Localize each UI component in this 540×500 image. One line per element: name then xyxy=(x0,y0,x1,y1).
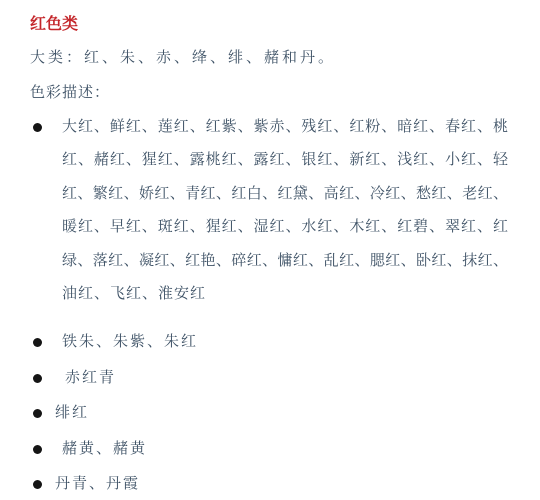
list-line: 铁朱、朱紫、朱红 xyxy=(62,333,508,352)
list-item: 赭黄、赭黄 xyxy=(33,440,508,459)
list-line: 红、赭红、猩红、露桃红、露红、银红、新红、浅红、小红、轻 xyxy=(62,144,508,177)
bullet-icon xyxy=(33,480,42,489)
page-title: 红色类 xyxy=(30,14,508,36)
list-line: 大红、鲜红、莲红、红紫、紫赤、残红、红粉、暗红、春红、桃 xyxy=(62,111,508,144)
list-item-text: 大红、鲜红、莲红、红紫、紫赤、残红、红粉、暗红、春红、桃红、赭红、猩红、露桃红、… xyxy=(62,111,508,311)
list-line: 红、繁红、娇红、青红、红白、红黛、高红、冷红、愁红、老红、 xyxy=(62,178,508,211)
list-line: 绯红 xyxy=(55,404,508,423)
list-item: 丹青、丹霞 xyxy=(33,475,508,494)
list-line: 赭黄、赭黄 xyxy=(62,440,508,459)
list-item-text: 丹青、丹霞 xyxy=(55,475,508,494)
bullet-icon xyxy=(33,123,42,132)
bullet-icon xyxy=(33,409,42,418)
list-item-text: 绯红 xyxy=(55,404,508,423)
bullet-icon xyxy=(33,338,42,347)
list-item-text: 赤红青 xyxy=(65,369,508,388)
description-label: 色彩描述： xyxy=(30,83,508,103)
list-item-text: 铁朱、朱紫、朱红 xyxy=(62,333,508,352)
color-name-list: 大红、鲜红、莲红、红紫、紫赤、残红、红粉、暗红、春红、桃红、赭红、猩红、露桃红、… xyxy=(30,111,508,494)
list-item: 大红、鲜红、莲红、红紫、紫赤、残红、红粉、暗红、春红、桃红、赭红、猩红、露桃红、… xyxy=(33,111,508,311)
bullet-icon xyxy=(33,445,42,454)
list-item: 铁朱、朱紫、朱红 xyxy=(33,333,508,352)
list-item: 绯红 xyxy=(33,404,508,423)
list-item-text: 赭黄、赭黄 xyxy=(62,440,508,459)
list-item: 赤红青 xyxy=(33,369,508,388)
list-line: 油红、飞红、淮安红 xyxy=(62,278,508,311)
list-line: 暖红、早红、斑红、猩红、湿红、水红、木红、红碧、翠红、红 xyxy=(62,211,508,244)
category-line: 大类：红、朱、赤、绛、绯、赭和丹。 xyxy=(30,48,508,68)
list-line: 赤红青 xyxy=(65,369,508,388)
document-page: 红色类 大类：红、朱、赤、绛、绯、赭和丹。 色彩描述： 大红、鲜红、莲红、红紫、… xyxy=(0,0,540,500)
list-line: 绿、落红、凝红、红艳、碎红、慵红、乱红、腮红、卧红、抹红、 xyxy=(62,245,508,278)
bullet-icon xyxy=(33,374,42,383)
list-line: 丹青、丹霞 xyxy=(55,475,508,494)
